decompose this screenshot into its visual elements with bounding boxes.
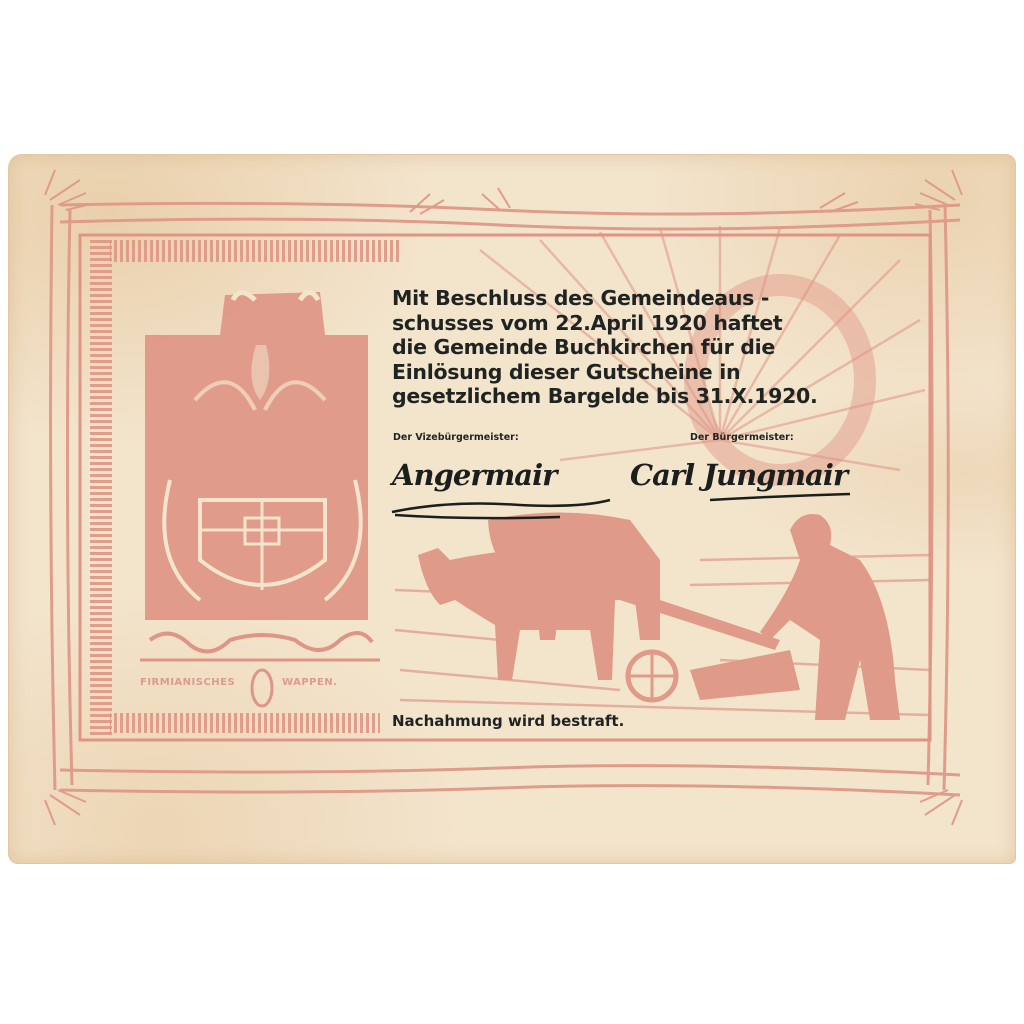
statement-line: die Gemeinde Buchkirchen für die xyxy=(392,335,862,360)
statement-line: Mit Beschluss des Gemeindeaus - xyxy=(392,286,862,311)
mayor-label: Der Bürgermeister: xyxy=(690,432,794,443)
coat-of-arms-caption-right: WAPPEN. xyxy=(282,677,337,688)
statement-line: gesetzlichem Bargelde bis 31.X.1920. xyxy=(392,384,862,409)
mayor-signature: Carl Jungmair xyxy=(630,458,847,492)
engraved-design xyxy=(0,0,1024,1024)
counterfeit-warning: Nachahmung wird bestraft. xyxy=(392,712,624,730)
vice-mayor-signature: Angermair xyxy=(392,458,556,492)
liability-statement: Mit Beschluss des Gemeindeaus - schusses… xyxy=(392,286,862,409)
coat-of-arms-icon xyxy=(140,292,380,706)
statement-line: schusses vom 22.April 1920 haftet xyxy=(392,311,862,336)
vice-mayor-label: Der Vizebürgermeister: xyxy=(393,432,519,443)
plough-scene-icon xyxy=(395,513,930,721)
coat-of-arms-caption-left: FIRMIANISCHES xyxy=(140,677,235,688)
statement-line: Einlösung dieser Gutscheine in xyxy=(392,360,862,385)
